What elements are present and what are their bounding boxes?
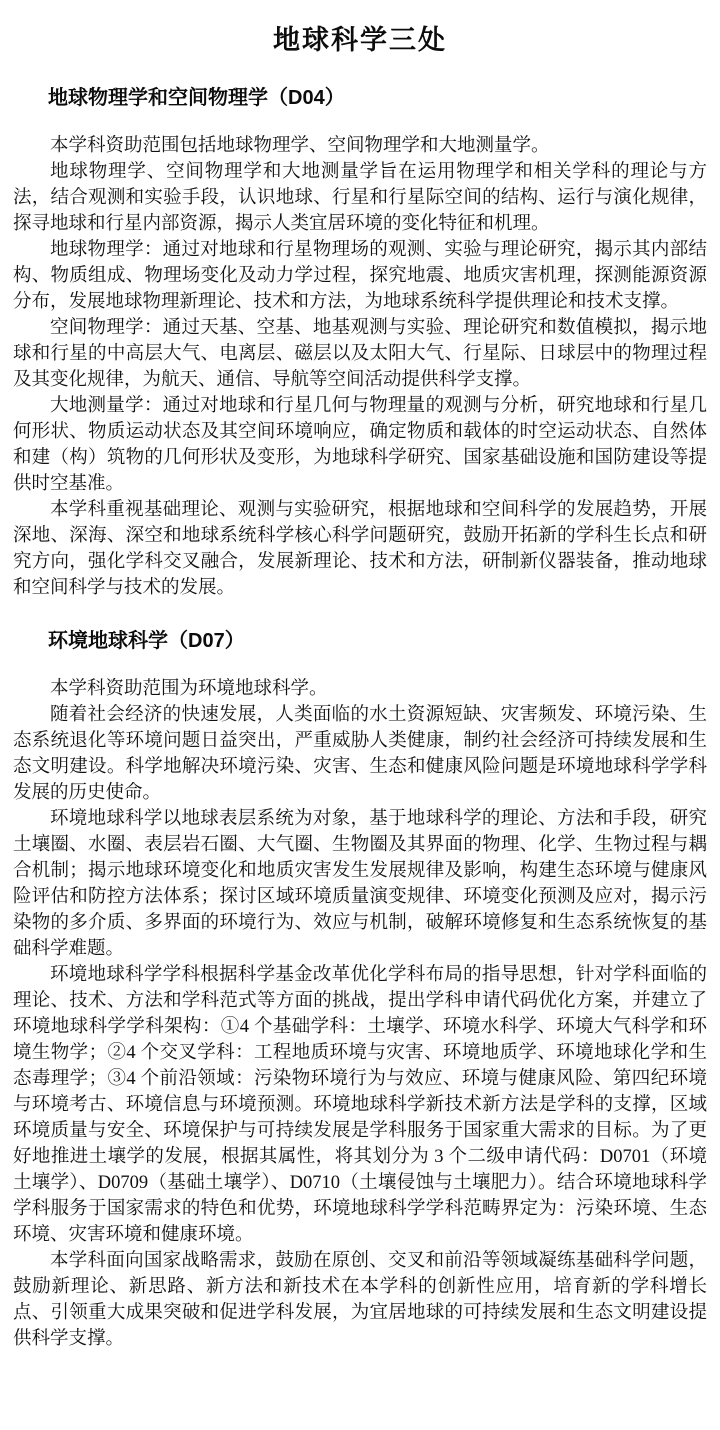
paragraph: 本学科重视基础理论、观测与实验研究，根据地球和空间科学的发展趋势，开展深地、深海… <box>13 497 707 601</box>
paragraph: 环境地球科学以地球表层系统为对象，基于地球科学的理论、方法和手段，研究土壤圈、水… <box>13 806 707 962</box>
paragraph: 本学科资助范围为环境地球科学。 <box>13 676 707 702</box>
section-heading-d04: 地球物理学和空间物理学（D04） <box>13 86 707 110</box>
section-heading-d07: 环境地球科学（D07） <box>13 629 707 653</box>
paragraph: 本学科资助范围包括地球物理学、空间物理学和大地测量学。 <box>13 133 707 159</box>
paragraph: 空间物理学：通过天基、空基、地基观测与实验、理论研究和数值模拟，揭示地球和行星的… <box>13 315 707 393</box>
paragraph: 地球物理学：通过对地球和行星物理场的观测、实验与理论研究，揭示其内部结构、物质组… <box>13 237 707 315</box>
section-geophysics-d04: 地球物理学和空间物理学（D04） 本学科资助范围包括地球物理学、空间物理学和大地… <box>13 86 707 601</box>
document-page: 地球科学三处 地球物理学和空间物理学（D04） 本学科资助范围包括地球物理学、空… <box>0 0 720 1430</box>
section-environmental-geoscience-d07: 环境地球科学（D07） 本学科资助范围为环境地球科学。 随着社会经济的快速发展，… <box>13 629 707 1352</box>
paragraph: 本学科面向国家战略需求，鼓励在原创、交叉和前沿等领域凝练基础科学问题，鼓励新理论… <box>13 1248 707 1352</box>
paragraph: 环境地球科学学科根据科学基金改革优化学科布局的指导思想，针对学科面临的理论、技术… <box>13 962 707 1248</box>
paragraph: 大地测量学：通过对地球和行星几何与物理量的观测与分析，研究地球和行星几何形状、物… <box>13 393 707 497</box>
page-title: 地球科学三处 <box>13 22 707 58</box>
paragraph: 随着社会经济的快速发展，人类面临的水土资源短缺、灾害频发、环境污染、生态系统退化… <box>13 702 707 806</box>
paragraph: 地球物理学、空间物理学和大地测量学旨在运用物理学和相关学科的理论与方法，结合观测… <box>13 159 707 237</box>
